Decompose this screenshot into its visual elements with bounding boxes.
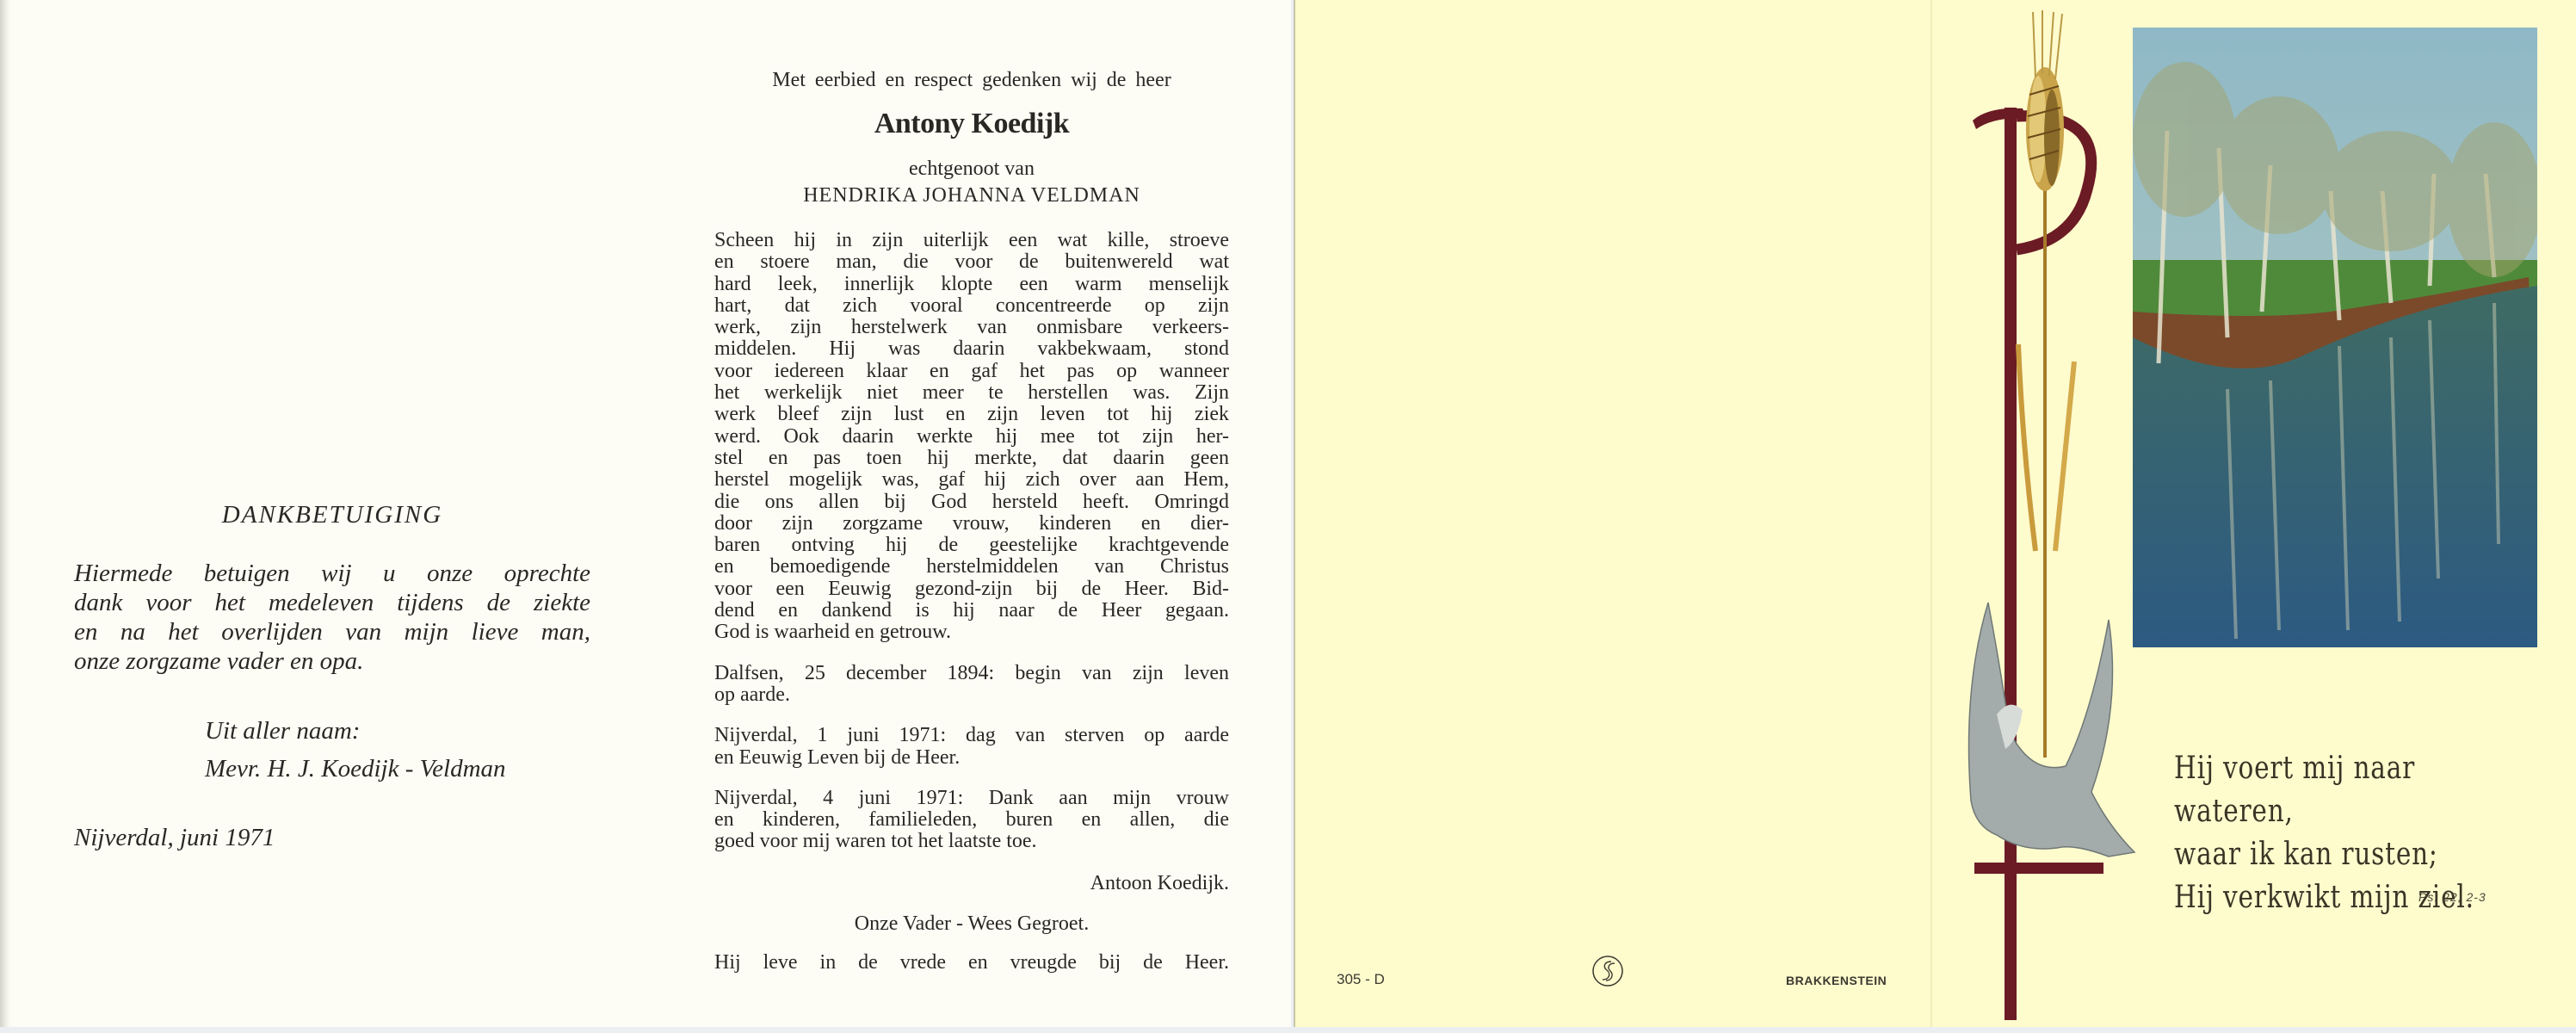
spouse-name: HENDRIKA JOHANNA VELDMAN (714, 184, 1229, 207)
signature-name: Mevr. H. J. Koedijk - Veldman (205, 750, 590, 788)
biography: Scheen hij in zijn uiterlijk een wat kil… (714, 230, 1229, 644)
memorial-panel: Met eerbied en respect gedenken wij de h… (714, 69, 1229, 974)
text-line: goed voor mij waren tot het laatste toe. (714, 831, 1229, 852)
text-line: het werkelijk niet meer te herstellen wa… (714, 382, 1229, 404)
death-note: Nijverdal, 1 juni 1971: dag van sterven … (714, 725, 1229, 769)
printer-code: 305 - D (1337, 971, 1385, 988)
blessing: Hij leve in de vrede en vreugde bij de H… (714, 951, 1229, 974)
spouse-label: echtgenoot van (714, 158, 1229, 181)
text-line: voor iedereen klaar en gaf het pas op wa… (714, 361, 1229, 382)
thanks-title: DANKBETUIGING (74, 501, 590, 529)
text-line: middelen. Hij was daarin vakbekwaam, sto… (714, 338, 1229, 360)
text-line: die ons allen bij God hersteld heeft. Om… (714, 492, 1229, 513)
thanks-line: en na het overlijden van mijn lieve man, (74, 617, 590, 646)
text-line: baren ontving hij de geestelijke krachtg… (714, 535, 1229, 556)
thanks-body: Hiermede betuigen wij u onze oprechte da… (74, 559, 590, 676)
verse-line: Hij voert mij naar wateren, (2174, 747, 2504, 833)
outer-fold-line (1930, 0, 1932, 1027)
deceased-name: Antony Koedijk (714, 108, 1229, 140)
cross-staff (2005, 108, 2017, 1020)
text-line: God is waarheid en getrouw. (714, 622, 1229, 643)
verse-reference: Ps. 22, 2-3 (2418, 890, 2486, 904)
text-line: op aarde. (714, 684, 1229, 706)
thanks-signature: Uit aller naam: Mevr. H. J. Koedijk - Ve… (205, 712, 590, 788)
thanks-line: onze zorgzame vader en opa. (74, 646, 590, 676)
printer-name: BRAKKENSTEIN (1786, 974, 1887, 987)
text-line: voor een Eeuwig gezond-zijn bij de Heer.… (714, 578, 1229, 600)
text-line: en kinderen, familieleden, buren en alle… (714, 809, 1229, 831)
text-line: werd. Ook daarin werkte hij mee tot zijn… (714, 426, 1229, 448)
thanks-place-date: Nijverdal, juni 1971 (74, 824, 590, 852)
text-line: en stoere man, die voor de buitenwereld … (714, 251, 1229, 273)
thanks-line: dank voor het medeleven tijdens de ziekt… (74, 588, 590, 617)
text-line: werk bleef zijn lust en zijn leven tot h… (714, 404, 1229, 425)
text-line: Nijverdal, 4 juni 1971: Dank aan mijn vr… (714, 788, 1229, 809)
birth-note: Dalfsen, 25 december 1894: begin van zij… (714, 663, 1229, 707)
text-line: Scheen hij in zijn uiterlijk een wat kil… (714, 230, 1229, 251)
signature-label: Uit aller naam: (205, 712, 590, 750)
text-line: hard leek, innerlijk klopte een warm men… (714, 274, 1229, 295)
verse-line: waar ik kan rusten; (2174, 833, 2504, 876)
text-line: werk, zijn herstelwerk van onmisbare ver… (714, 317, 1229, 338)
ss-monogram-icon (1591, 954, 1625, 988)
dove-icon (1969, 603, 2135, 857)
text-line: Nijverdal, 1 juni 1971: dag van sterven … (714, 725, 1229, 746)
memorial-intro: Met eerbied en respect gedenken wij de h… (714, 69, 1229, 92)
text-line: herstel mogelijk was, gaf hij zich over … (714, 469, 1229, 491)
text-line: stel en pas toen hij merkte, dat daarin … (714, 448, 1229, 469)
text-line: door zijn zorgzame vrouw, kinderen en di… (714, 513, 1229, 535)
prayer: Onze Vader - Wees Gegroet. (714, 912, 1229, 936)
thanks-line: Hiermede betuigen wij u onze oprechte (74, 559, 590, 588)
thanks-panel: DANKBETUIGING Hiermede betuigen wij u on… (74, 501, 590, 852)
farewell-note: Nijverdal, 4 juni 1971: Dank aan mijn vr… (714, 788, 1229, 853)
landscape-photo (2133, 28, 2537, 647)
text-line: en Eeuwig Leven bij de Heer. (714, 747, 1229, 769)
signoff: Antoon Koedijk. (714, 872, 1229, 895)
chi-rho-cross-illustration (1937, 0, 2143, 1027)
text-line: en bemoedigende herstelmiddelen van Chri… (714, 556, 1229, 578)
text-line: hart, dat zich vooral concentreerde op z… (714, 295, 1229, 317)
text-line: Dalfsen, 25 december 1894: begin van zij… (714, 663, 1229, 684)
text-line: dend en dankend is hij naar de Heer gega… (714, 600, 1229, 622)
